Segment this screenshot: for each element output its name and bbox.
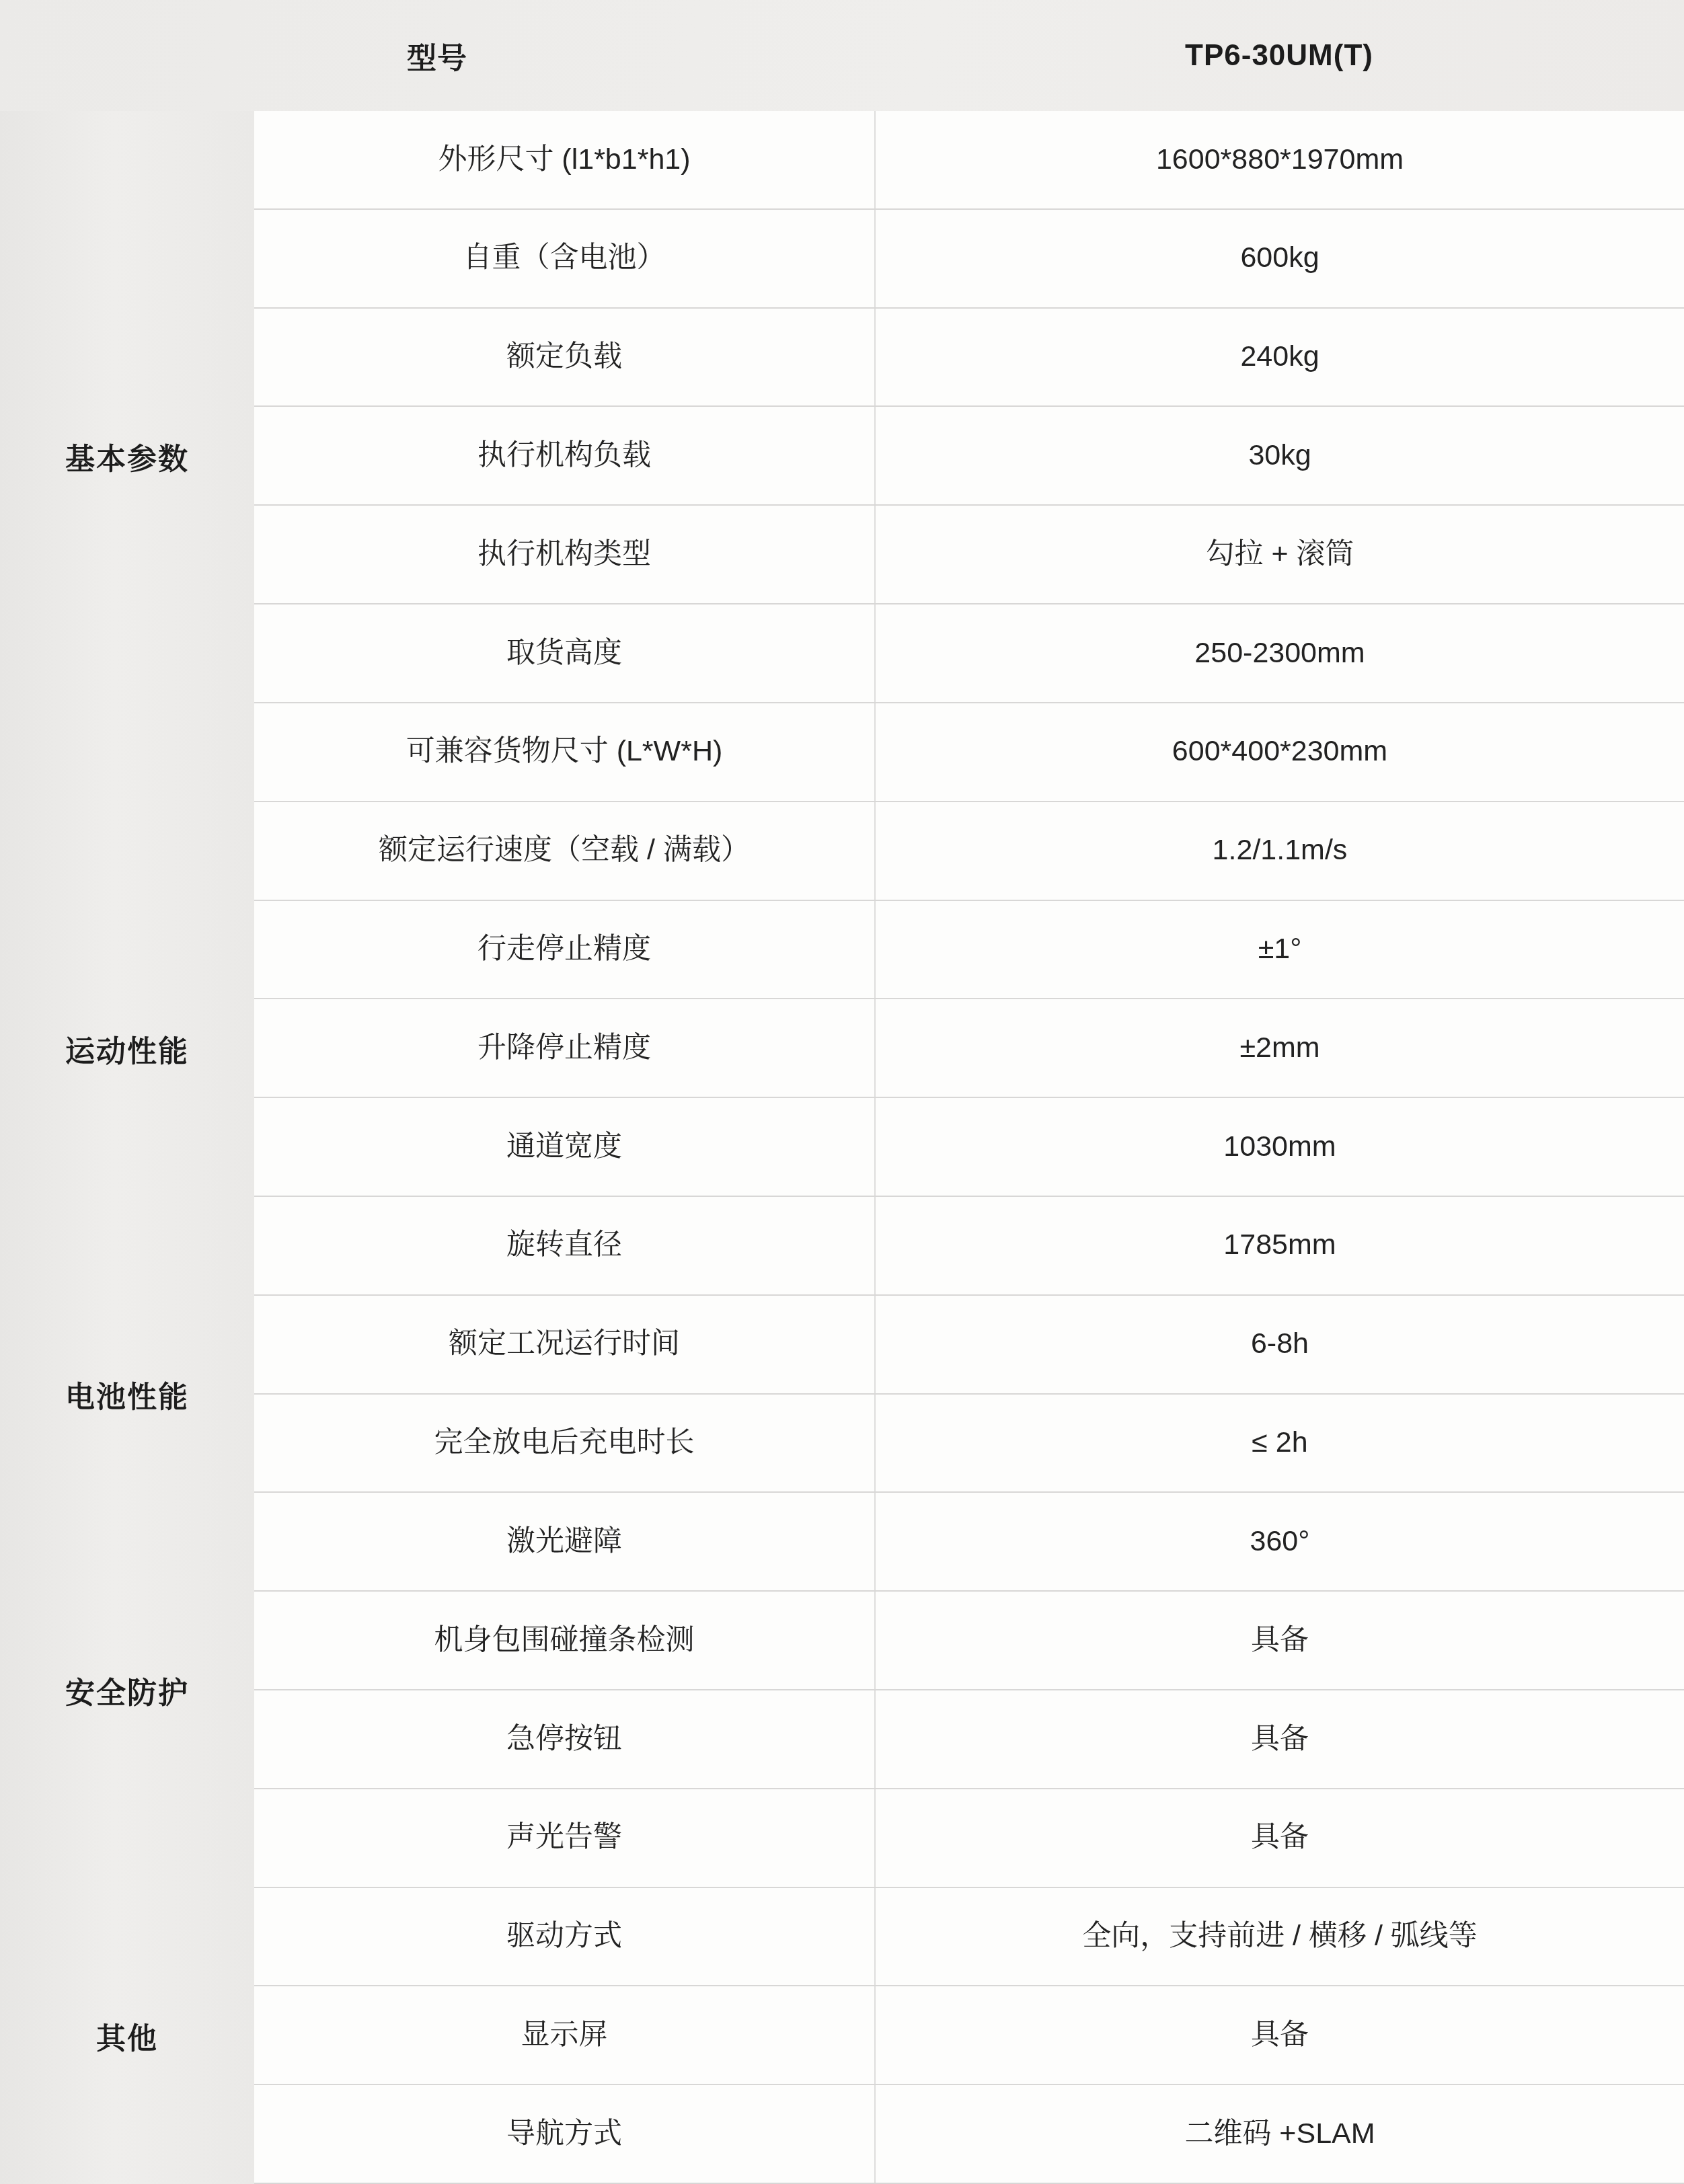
param-value: ±1° xyxy=(1245,931,1315,968)
param-name: 升降停止精度 xyxy=(464,1030,664,1066)
param-cell: 显示屏 xyxy=(254,1986,874,2084)
param-cell: 激光避障 xyxy=(254,1493,874,1590)
value-cell: 勾拉 + 滚筒 xyxy=(874,506,1684,603)
value-cell: 具备 xyxy=(874,1592,1684,1689)
value-cell: 具备 xyxy=(874,1986,1684,2084)
param-name: 声光告警 xyxy=(493,1820,636,1856)
value-cell: 1600*880*1970mm xyxy=(874,111,1684,208)
param-cell: 完全放电后充电时长 xyxy=(254,1395,874,1492)
table-row: 完全放电后充电时长 ≤ 2h xyxy=(254,1395,1684,1493)
table-row: 行走停止精度 ±1° xyxy=(254,901,1684,1000)
value-cell: 具备 xyxy=(874,1789,1684,1887)
param-value: 240kg xyxy=(1227,339,1332,375)
category-label: 电池性能 xyxy=(65,1373,189,1416)
param-value: 1.2/1.1m/s xyxy=(1199,832,1361,869)
param-value: 6-8h xyxy=(1237,1326,1322,1362)
param-cell: 取货高度 xyxy=(254,604,874,702)
value-cell: 1030mm xyxy=(874,1098,1684,1196)
category-label: 基本参数 xyxy=(65,435,189,478)
table-row: 额定负载 240kg xyxy=(254,309,1684,407)
param-name: 自重（含电池） xyxy=(450,240,679,276)
value-cell: ±1° xyxy=(874,901,1684,999)
category-battery-performance: 电池性能 xyxy=(0,1296,254,1493)
table-row: 驱动方式 全向，支持前进 / 横移 / 弧线等 xyxy=(254,1888,1684,1987)
table-row: 机身包围碰撞条检测 具备 xyxy=(254,1592,1684,1690)
param-value: ≤ 2h xyxy=(1238,1425,1321,1461)
param-name: 额定工况运行时间 xyxy=(435,1326,693,1362)
table-row: 声光告警 具备 xyxy=(254,1789,1684,1888)
category-label: 其他 xyxy=(96,2015,158,2058)
param-cell: 声光告警 xyxy=(254,1789,874,1887)
value-cell: 600kg xyxy=(874,210,1684,307)
table-row: 旋转直径 1785mm xyxy=(254,1197,1684,1296)
param-cell: 机身包围碰撞条检测 xyxy=(254,1592,874,1689)
param-cell: 急停按钮 xyxy=(254,1690,874,1788)
param-cell: 执行机构类型 xyxy=(254,506,874,603)
param-cell: 外形尺寸 (l1*b1*h1) xyxy=(254,111,874,208)
category-label: 安全防护 xyxy=(65,1669,189,1712)
param-cell: 升降停止精度 xyxy=(254,999,874,1097)
param-value: 1600*880*1970mm xyxy=(1143,142,1417,178)
param-name: 执行机构负载 xyxy=(464,438,664,474)
param-cell: 通道宽度 xyxy=(254,1098,874,1196)
table-row: 显示屏 具备 xyxy=(254,1986,1684,2085)
param-value: ±2mm xyxy=(1226,1030,1333,1066)
param-name: 急停按钮 xyxy=(493,1721,636,1758)
category-safety-protection: 安全防护 xyxy=(0,1493,254,1887)
param-value: 600*400*230mm xyxy=(1159,734,1401,770)
value-cell: 1.2/1.1m/s xyxy=(874,802,1684,900)
param-cell: 可兼容货物尺寸 (L*W*H) xyxy=(254,703,874,801)
table-row: 取货高度 250-2300mm xyxy=(254,604,1684,703)
param-name: 机身包围碰撞条检测 xyxy=(421,1623,708,1659)
value-cell: ≤ 2h xyxy=(874,1395,1684,1492)
param-name: 取货高度 xyxy=(493,635,636,672)
param-name: 可兼容货物尺寸 (L*W*H) xyxy=(393,734,736,770)
param-name: 通道宽度 xyxy=(493,1129,636,1165)
category-motion-performance: 运动性能 xyxy=(0,802,254,1296)
param-cell: 额定负载 xyxy=(254,309,874,406)
param-cell: 额定工况运行时间 xyxy=(254,1296,874,1393)
param-cell: 导航方式 xyxy=(254,2085,874,2183)
param-name: 额定运行速度（空载 / 满载） xyxy=(365,832,763,869)
param-value: 具备 xyxy=(1237,2017,1322,2054)
table-row: 自重（含电池） 600kg xyxy=(254,210,1684,309)
table-row: 执行机构类型 勾拉 + 滚筒 xyxy=(254,506,1684,604)
param-name: 激光避障 xyxy=(493,1524,636,1560)
value-cell: 6-8h xyxy=(874,1296,1684,1393)
category-other: 其他 xyxy=(0,1888,254,2184)
param-value: 具备 xyxy=(1237,1721,1322,1758)
param-value: 1030mm xyxy=(1210,1129,1349,1165)
value-cell: 360° xyxy=(874,1493,1684,1590)
value-cell: 二维码 +SLAM xyxy=(874,2085,1684,2183)
param-name: 额定负载 xyxy=(493,339,636,375)
param-value: 1785mm xyxy=(1210,1227,1349,1263)
table-row: 升降停止精度 ±2mm xyxy=(254,999,1684,1098)
table-row: 通道宽度 1030mm xyxy=(254,1098,1684,1197)
table-header-row: 型号 TP6-30UM(T) xyxy=(0,0,1684,111)
value-cell: ±2mm xyxy=(874,999,1684,1097)
value-cell: 30kg xyxy=(874,407,1684,504)
param-name: 驱动方式 xyxy=(493,1918,636,1955)
value-cell: 具备 xyxy=(874,1690,1684,1788)
param-value: 600kg xyxy=(1227,240,1332,276)
category-sidebar: 基本参数 运动性能 电池性能 安全防护 其他 xyxy=(0,111,254,2184)
model-label-cell: 型号 xyxy=(0,0,874,111)
param-value: 勾拉 + 滚筒 xyxy=(1192,537,1367,573)
category-basic-params: 基本参数 xyxy=(0,111,254,802)
param-value: 具备 xyxy=(1237,1820,1322,1856)
model-label: 型号 xyxy=(407,34,467,77)
category-label: 运动性能 xyxy=(65,1027,189,1070)
table-row: 额定工况运行时间 6-8h xyxy=(254,1296,1684,1395)
param-value: 具备 xyxy=(1237,1623,1322,1659)
model-value-cell: TP6-30UM(T) xyxy=(874,0,1684,111)
param-value: 二维码 +SLAM xyxy=(1171,2116,1388,2152)
value-cell: 1785mm xyxy=(874,1197,1684,1294)
param-name: 执行机构类型 xyxy=(464,537,664,573)
table-row: 急停按钮 具备 xyxy=(254,1690,1684,1789)
spec-table: 外形尺寸 (l1*b1*h1) 1600*880*1970mm 自重（含电池） … xyxy=(254,111,1684,2184)
param-cell: 行走停止精度 xyxy=(254,901,874,999)
param-name: 显示屏 xyxy=(508,2017,621,2054)
param-cell: 执行机构负载 xyxy=(254,407,874,504)
param-name: 导航方式 xyxy=(493,2116,636,2152)
table-row: 可兼容货物尺寸 (L*W*H) 600*400*230mm xyxy=(254,703,1684,802)
value-cell: 全向，支持前进 / 横移 / 弧线等 xyxy=(874,1888,1684,1986)
table-row: 执行机构负载 30kg xyxy=(254,407,1684,506)
param-value: 360° xyxy=(1237,1524,1324,1560)
param-cell: 自重（含电池） xyxy=(254,210,874,307)
param-name: 完全放电后充电时长 xyxy=(421,1425,708,1461)
param-cell: 额定运行速度（空载 / 满载） xyxy=(254,802,874,900)
param-cell: 旋转直径 xyxy=(254,1197,874,1294)
table-row: 激光避障 360° xyxy=(254,1493,1684,1592)
param-value: 250-2300mm xyxy=(1181,635,1378,672)
value-cell: 600*400*230mm xyxy=(874,703,1684,801)
param-name: 外形尺寸 (l1*b1*h1) xyxy=(424,142,703,178)
table-row: 额定运行速度（空载 / 满载） 1.2/1.1m/s xyxy=(254,802,1684,901)
param-cell: 驱动方式 xyxy=(254,1888,874,1986)
param-name: 行走停止精度 xyxy=(464,931,664,968)
param-value: 全向，支持前进 / 横移 / 弧线等 xyxy=(1069,1918,1491,1955)
value-cell: 250-2300mm xyxy=(874,604,1684,702)
spec-sheet: 型号 TP6-30UM(T) 基本参数 运动性能 电池性能 安全防护 其他 外形… xyxy=(0,0,1684,2184)
model-value: TP6-30UM(T) xyxy=(1185,39,1373,73)
value-cell: 240kg xyxy=(874,309,1684,406)
table-row: 外形尺寸 (l1*b1*h1) 1600*880*1970mm xyxy=(254,111,1684,210)
param-value: 30kg xyxy=(1235,438,1324,474)
param-name: 旋转直径 xyxy=(493,1227,636,1263)
table-row: 导航方式 二维码 +SLAM xyxy=(254,2085,1684,2184)
